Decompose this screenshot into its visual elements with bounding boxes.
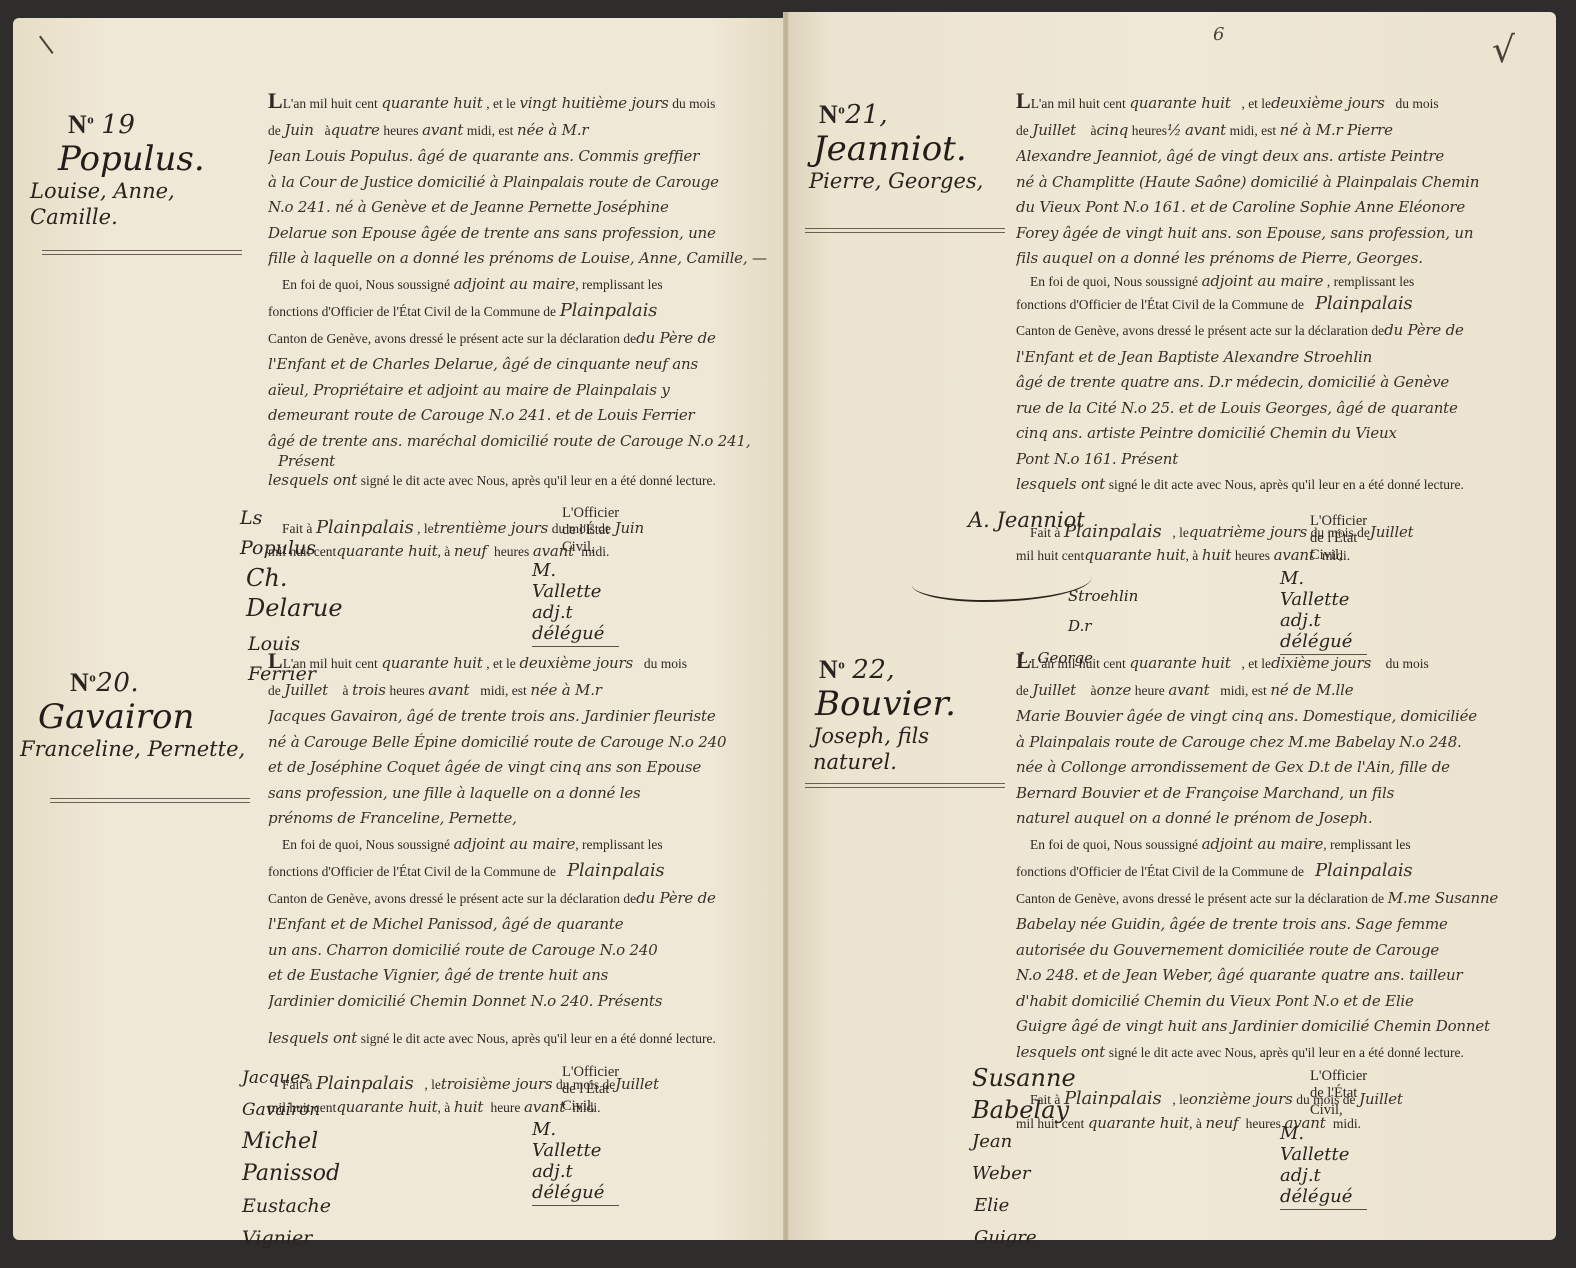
handwritten-text: adjoint au maire (1202, 835, 1324, 853)
text-line: Fait à Plainpalais , leonzième jours du … (1016, 1086, 1524, 1114)
printed-form-text: de (268, 123, 281, 138)
witness-signatures: Jacques Gavairon Michel Panissod Eustach… (242, 1062, 340, 1254)
printed-form-text: , le (1172, 525, 1189, 540)
entry-divider (805, 783, 1005, 788)
handwritten-text: cinq (1096, 121, 1128, 139)
child-surname: Jeanniot. (805, 130, 1015, 168)
text-line: lesquels ont signé le dit acte avec Nous… (268, 1026, 773, 1053)
drop-cap: L (268, 648, 283, 673)
signature: Susanne Babelay (972, 1062, 1076, 1126)
entry-number: No20. (20, 668, 250, 698)
printed-form-text: à (342, 683, 348, 698)
declarant-line: Guigre âgé de vingt huit ans Jardinier d… (1016, 1014, 1524, 1040)
printed-form-text: , à (1185, 548, 1198, 563)
printed-form-text: midi, est (1230, 123, 1277, 138)
handwritten-text: avant (1185, 121, 1226, 139)
handwritten-text: avant (422, 121, 463, 139)
signature: Eustache Vignier (242, 1190, 340, 1254)
declarant-line: aïeul, Propriétaire et adjoint au maire … (268, 378, 773, 404)
commune-field: Plainpalais (1315, 293, 1413, 314)
printed-form-text: de (268, 683, 281, 698)
text-line: LL'an mil huit cent quarante huit , et l… (268, 88, 773, 118)
entry-number-value: 20. (96, 668, 139, 698)
handwritten-text: avant (428, 681, 469, 699)
commune-field: Plainpalais (560, 300, 658, 321)
text-line: de Juillet à trois heures avant midi, es… (268, 678, 773, 705)
record-text-line: prénoms de Franceline, Pernette, (268, 806, 773, 832)
year-field: quarante huit (381, 654, 482, 672)
record-text-line: sans profession, une fille à laquelle on… (268, 781, 773, 807)
text-line: fonctions d'Officier de l'État Civil de … (268, 858, 773, 886)
printed-form-text: En foi de quoi, Nous soussigné (282, 837, 450, 852)
book-gutter (783, 12, 789, 1240)
printed-form-text: heures (1246, 1116, 1281, 1131)
printed-form-text: , à (437, 1100, 450, 1115)
text-line: Canton de Genève, avons dressé le présen… (268, 326, 773, 353)
declarant-line: demeurant route de Carouge N.o 241. et d… (268, 403, 773, 429)
record-text-line: fils auquel on a donné les prénoms de Pi… (1016, 246, 1524, 272)
printed-form-text: du mois (644, 656, 687, 671)
handwritten-text: Plainpalais (1064, 1088, 1162, 1109)
text-line: de Juillet àcinq heures½ avant midi, est… (1016, 118, 1524, 145)
text-line: Canton de Genève, avons dressé le présen… (1016, 318, 1524, 345)
text-line: En foi de quoi, Nous soussigné adjoint a… (1016, 272, 1524, 291)
printed-form-text: Canton de Genève, avons dressé le présen… (1016, 891, 1384, 906)
record-text-line: naturel auquel on a donné le prénom de J… (1016, 806, 1524, 832)
officer-signature: M. Vallette adj.t délégué (532, 560, 619, 647)
printed-form-text: , remplissant les (1327, 274, 1414, 289)
handwritten-text: huit (1202, 546, 1231, 564)
page-number: 6 (1213, 24, 1224, 45)
child-given-names: Joseph, fils naturel. (805, 723, 963, 775)
declarant-line: Jardinier domicilié Chemin Donnet N.o 24… (268, 989, 773, 1015)
record-text-line: Jacques Gavairon, âgé de trente trois an… (268, 704, 773, 730)
officer-block: L'Officier de l'État Civil, M. Vallette … (562, 1064, 619, 1206)
declarant-line: autorisée du Gouvernement domiciliée rou… (1016, 938, 1524, 964)
printed-form-text: , le (417, 521, 434, 536)
handwritten-text: onzième jours (1189, 1090, 1293, 1108)
record-text-line: Alexandre Jeanniot, âgé de vingt deux an… (1016, 144, 1524, 170)
drop-cap: L (1016, 88, 1031, 113)
printed-form-text: de (1016, 123, 1029, 138)
text-line: lesquels ont signé le dit acte avec Nous… (268, 468, 773, 495)
declarant-line: rue de la Cité N.o 25. et de Louis Georg… (1016, 396, 1524, 422)
printed-form-text: LL'an mil huit cent (1016, 656, 1126, 671)
handwritten-text: adjoint au maire (454, 275, 576, 293)
handwritten-text: lesquels ont (268, 471, 357, 489)
entry-21-body: LL'an mil huit cent quarante huit , et l… (1016, 88, 1524, 565)
corner-mark-right: √ (1492, 30, 1515, 71)
printed-form-text: midi, est (480, 683, 527, 698)
printed-form-text: midi, est (467, 123, 514, 138)
printed-form-text: , remplissant les (575, 277, 662, 292)
handwritten-text: avant (1168, 681, 1209, 699)
printed-form-text: , à (1189, 1116, 1202, 1131)
officer-title: L'Officier de l'État Civil, (562, 505, 619, 556)
text-line: mil huit centquarante huit, à neuf heure… (268, 542, 773, 561)
printed-form-text: LL'an mil huit cent (268, 656, 378, 671)
handwritten-text: né de M.lle (1270, 681, 1353, 699)
entry-number: No 19 (30, 110, 250, 140)
officer-title: L'Officier de l'État Civil, (562, 1064, 619, 1115)
handwritten-text: adjoint au maire (454, 835, 576, 853)
signature: Jean Weber (972, 1126, 1076, 1190)
declarant-line: et de Eustache Vignier, âgé de trente hu… (268, 963, 773, 989)
entry-number-value: 19 (101, 110, 135, 140)
entry-number-value: 22, (852, 655, 895, 685)
printed-form-text: , et le (486, 96, 516, 111)
handwritten-text: trentième jours (434, 519, 549, 537)
record-text-line: Jean Louis Populus. âgé de quarante ans.… (268, 144, 773, 170)
handwritten-text: née à M.r (530, 681, 601, 699)
handwritten-text: Juillet (615, 1075, 659, 1093)
entry-22-margin: No 22, Bouvier. Joseph, fils naturel. (805, 655, 1015, 788)
entry-20-body: LL'an mil huit cent quarante huit , et l… (268, 648, 773, 1117)
superscript: o (87, 111, 94, 126)
text-line: de Juin àquatre heures avant midi, est n… (268, 118, 773, 145)
handwritten-text: du Père de (636, 889, 716, 907)
printed-form-text: heure (1135, 683, 1165, 698)
handwritten-text: née à M.r (517, 121, 588, 139)
day-field: vingt huitième jours (519, 94, 668, 112)
entry-19-body: LL'an mil huit cent quarante huit , et l… (268, 88, 773, 561)
officer-signature: M. Vallette adj.t délégué (1280, 568, 1367, 655)
handwritten-text: né à M.r Pierre (1280, 121, 1393, 139)
text-line: LL'an mil huit cent quarante huit , et l… (268, 648, 773, 678)
entry-number: No 22, (805, 655, 1015, 685)
record-text-line: du Vieux Pont N.o 161. et de Caroline So… (1016, 195, 1524, 221)
record-text-line: Forey âgée de vingt huit ans. son Epouse… (1016, 221, 1524, 247)
handwritten-text: troisième jours (441, 1075, 552, 1093)
printed-form-text: En foi de quoi, Nous soussigné (1030, 274, 1198, 289)
officer-signature: M. Vallette adj.t délégué (532, 1119, 619, 1206)
text-line: Fait à Plainpalais , letroisième jours d… (268, 1071, 773, 1099)
signature: Jacques Gavairon (242, 1062, 340, 1126)
officer-title: L'Officier de l'État Civil, (1310, 513, 1367, 564)
record-text-line: et de Joséphine Coquet âgée de vingt cin… (268, 755, 773, 781)
commune-field: Plainpalais (1315, 860, 1413, 881)
month-field: Juillet (1032, 681, 1076, 699)
handwritten-text: onze (1096, 681, 1131, 699)
printed-form-text: heures (383, 123, 418, 138)
handwritten-text: adjoint au maire (1202, 272, 1324, 290)
handwritten-text: quarante huit (336, 542, 437, 560)
entry-21-margin: No21, Jeanniot. Pierre, Georges, (805, 100, 1015, 233)
child-given-names: Pierre, Georges, (805, 168, 1015, 194)
year-field: quarante huit (1129, 654, 1230, 672)
record-text-line: N.o 241. né à Genève et de Jeanne Pernet… (268, 195, 773, 221)
handwritten-text: quarante huit (1088, 1114, 1189, 1132)
signature: Ch. Delarue (240, 563, 343, 623)
printed-form-text: signé le dit acte avec Nous, après qu'il… (361, 1031, 716, 1046)
year-field: quarante huit (1129, 94, 1230, 112)
text-line: En foi de quoi, Nous soussigné adjoint a… (268, 832, 773, 859)
handwritten-text: quatre (331, 121, 380, 139)
child-given-names: Franceline, Pernette, (20, 736, 250, 762)
record-text-line: Marie Bouvier âgée de vingt cinq ans. Do… (1016, 704, 1524, 730)
text-line: LL'an mil huit cent quarante huit , et l… (1016, 648, 1524, 678)
record-text-line: à Plainpalais route de Carouge chez M.me… (1016, 730, 1524, 756)
printed-form-text: midi, est (1220, 683, 1267, 698)
printed-form-text: fonctions d'Officier de l'État Civil de … (1016, 864, 1304, 879)
handwritten-text: lesquels ont (1016, 475, 1105, 493)
declarant-line: âgé de trente ans. maréchal domicilié ro… (268, 429, 773, 455)
entry-number: No21, (805, 100, 1015, 130)
form-text: LL'an mil huit cent (268, 96, 378, 111)
declarant-line: l'Enfant et de Jean Baptiste Alexandre S… (1016, 345, 1524, 371)
text-line: fonctions d'Officier de l'État Civil de … (268, 298, 773, 326)
text-line: de Juillet àonze heure avant midi, est n… (1016, 678, 1524, 705)
printed-form-text: , le (424, 1077, 441, 1092)
handwritten-text: du Père de (1384, 321, 1464, 339)
printed-form-text: Canton de Genève, avons dressé le présen… (268, 331, 636, 346)
text-line: fonctions d'Officier de l'État Civil de … (1016, 291, 1524, 319)
printed-form-text: En foi de quoi, Nous soussigné (1030, 837, 1198, 852)
printed-form-text: du mois (1396, 96, 1439, 111)
handwritten-text: neuf (1205, 1114, 1238, 1132)
entry-divider (805, 228, 1005, 233)
printed-form-text: , et le (1241, 96, 1271, 111)
handwritten-text: quatrième jours (1189, 523, 1307, 541)
handwritten-text: neuf (454, 542, 487, 560)
child-surname: Bouvier. (805, 685, 1015, 723)
text-line: Fait à Plainpalais , letrentième jours d… (268, 515, 773, 543)
text-line: mil huit cent quarante huit, à neuf heur… (1016, 1114, 1524, 1133)
handwritten-text: lesquels ont (268, 1029, 357, 1047)
handwritten-text: M.me Susanne (1388, 889, 1498, 907)
month-field: Juin (284, 121, 313, 139)
declarant-line: cinq ans. artiste Peintre domicilié Chem… (1016, 421, 1524, 447)
handwritten-text: du Père de (636, 329, 716, 347)
text-line: lesquels ont signé le dit acte avec Nous… (1016, 1040, 1524, 1067)
printed-form-text: , le (1172, 1092, 1189, 1107)
printed-form-text: , à (437, 544, 450, 559)
declarant-line: Présent (268, 454, 773, 468)
printed-form-text: signé le dit acte avec Nous, après qu'il… (361, 473, 716, 488)
printed-form-text: heures (1132, 123, 1167, 138)
declarant-line: Babelay née Guidin, âgée de trente trois… (1016, 912, 1524, 938)
printed-form-text: , remplissant les (1323, 837, 1410, 852)
record-text-line: née à Collonge arrondissement de Gex D.t… (1016, 755, 1524, 781)
officer-signature: M. Vallette adj.t délégué (1280, 1123, 1367, 1210)
day-field: dixième jours (1271, 654, 1371, 672)
day-field: deuxième jours (1271, 94, 1385, 112)
month-field: Juillet (1032, 121, 1076, 139)
printed-form-text: fonctions d'Officier de l'État Civil de … (268, 304, 556, 319)
printed-form-text: , et le (486, 656, 516, 671)
entry-20-margin: No20. Gavairon Franceline, Pernette, (20, 668, 250, 803)
printed-form-text: heures (389, 683, 424, 698)
entry-number-value: 21, (845, 100, 888, 130)
superscript: o (838, 656, 845, 671)
child-surname: Populus. (30, 140, 250, 178)
printed-form-text: , et le (1241, 656, 1271, 671)
declarant-line: N.o 248. et de Jean Weber, âgé quarante … (1016, 963, 1524, 989)
record-text-line: né à Champlitte (Haute Saône) domicilié … (1016, 170, 1524, 196)
year-field: quarante huit (381, 94, 482, 112)
handwritten-text: lesquels ont (1016, 1043, 1105, 1061)
commune-field: Plainpalais (567, 860, 665, 881)
witness-signatures: Susanne Babelay Jean Weber Elie Guigre (972, 1062, 1076, 1254)
printed-form-text: du mois (1386, 656, 1429, 671)
record-text-line: Bernard Bouvier et de Françoise Marchand… (1016, 781, 1524, 807)
text-line: En foi de quoi, Nous soussigné adjoint a… (268, 272, 773, 299)
text-line: Canton de Genève, avons dressé le présen… (1016, 886, 1524, 913)
printed-form-text: heures (1235, 548, 1270, 563)
handwritten-text: avant (1274, 546, 1315, 564)
printed-form-text: heure (490, 1100, 520, 1115)
month-field: Juillet (284, 681, 328, 699)
handwritten-text: huit (454, 1098, 483, 1116)
printed-form-text: du mois (672, 96, 715, 111)
officer-block: L'Officier de l'État Civil, M. Vallette … (1310, 1068, 1367, 1210)
text-line: En foi de quoi, Nous soussigné adjoint a… (1016, 832, 1524, 859)
signature: Elie Guigre (972, 1190, 1076, 1254)
declarant-line: l'Enfant et de Charles Delarue, âgé de c… (268, 352, 773, 378)
text-line: fonctions d'Officier de l'État Civil de … (1016, 858, 1524, 886)
entry-19-margin: No 19 Populus. Louise, Anne, Camille. (30, 110, 250, 255)
handwritten-text: avant (524, 1098, 565, 1116)
officer-block: L'Officier de l'État Civil, M. Vallette … (562, 505, 619, 647)
drop-cap: L (1016, 648, 1031, 673)
record-text-line: fille à laquelle on a donné les prénoms … (268, 246, 773, 272)
declarant-line: l'Enfant et de Michel Panissod, âgé de q… (268, 912, 773, 938)
declarant-line: Pont N.o 161. Présent (1016, 447, 1524, 473)
text-line: Canton de Genève, avons dressé le présen… (268, 886, 773, 913)
printed-form-text: , remplissant les (575, 837, 662, 852)
printed-form-text: heures (494, 544, 529, 559)
text-line: LL'an mil huit cent quarante huit , et l… (1016, 88, 1524, 118)
child-surname: Gavairon (20, 698, 250, 736)
entry-divider (42, 250, 242, 255)
signature: Ls Populus (240, 503, 343, 563)
text-line: lesquels ont signé le dit acte avec Nous… (1016, 472, 1524, 499)
printed-form-text: fonctions d'Officier de l'État Civil de … (1016, 297, 1304, 312)
entry-divider (50, 798, 250, 803)
printed-form-text: de (1016, 683, 1029, 698)
declarant-line: d'habit domicilié Chemin du Vieux Pont N… (1016, 989, 1524, 1015)
entry-22-body: LL'an mil huit cent quarante huit , et l… (1016, 648, 1524, 1133)
printed-form-text: signé le dit acte avec Nous, après qu'il… (1109, 477, 1464, 492)
drop-cap: L (268, 88, 283, 113)
officer-block: L'Officier de l'État Civil, M. Vallette … (1310, 513, 1367, 655)
declarant-line: un ans. Charron domicilié route de Carou… (268, 938, 773, 964)
signature: Michel Panissod (242, 1126, 340, 1190)
handwritten-text: Juillet (1370, 523, 1414, 541)
child-given-names: Louise, Anne, Camille. (30, 178, 250, 230)
day-field: deuxième jours (519, 654, 633, 672)
officer-title: L'Officier de l'État Civil, (1310, 1068, 1367, 1119)
handwritten-text: ½ (1167, 121, 1181, 139)
printed-form-text: signé le dit acte avec Nous, après qu'il… (1109, 1045, 1464, 1060)
printed-form-text: Canton de Genève, avons dressé le présen… (1016, 323, 1384, 338)
record-text-line: à la Cour de Justice domicilié à Plainpa… (268, 170, 773, 196)
signature: A. Jeanniot (968, 505, 1138, 535)
record-text-line: né à Carouge Belle Épine domicilié route… (268, 730, 773, 756)
printed-form-text: LL'an mil huit cent (1016, 96, 1126, 111)
handwritten-text: trois (352, 681, 386, 699)
printed-form-text: En foi de quoi, Nous soussigné (282, 277, 450, 292)
record-text-line: Delarue son Epouse âgée de trente ans sa… (268, 221, 773, 247)
printed-form-text: Canton de Genève, avons dressé le présen… (268, 891, 636, 906)
handwritten-text: quarante huit (336, 1098, 437, 1116)
printed-form-text: fonctions d'Officier de l'État Civil de … (268, 864, 556, 879)
declarant-line: âgé de trente quatre ans. D.r médecin, d… (1016, 370, 1524, 396)
text-line: mil huit centquarante huit, à huit heure… (268, 1098, 773, 1117)
